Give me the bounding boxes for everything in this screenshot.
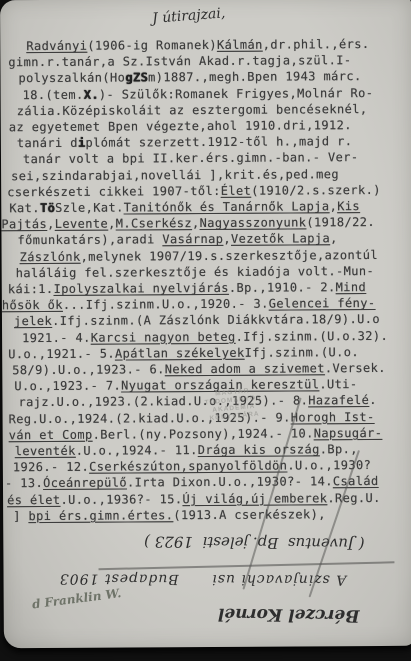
typed-text: az egyetemet Bpen végezte,ahol 1910.dri,…	[9, 118, 352, 134]
typed-text: Kat.	[9, 201, 40, 215]
typed-text: .Uti-	[319, 377, 357, 391]
photo-background: J útirajzai, Radványi(1906-ig Romanek)Ká…	[0, 0, 411, 661]
typed-text: i	[78, 136, 86, 150]
text-line: jelek.Ifj.szinm.(A Zászlónk Diákkvtára.1…	[2, 311, 411, 330]
typed-text: .Ifj.szinm.(U.o.32).	[236, 329, 389, 344]
archival-card: J útirajzai, Radványi(1906-ig Romanek)Ká…	[0, 0, 411, 648]
typed-text: (1910/2.s.szerk.)	[251, 183, 381, 198]
typed-text: .U.o.,1936?- 15.	[60, 492, 182, 507]
underlined-title: Vezetők Lapja	[231, 232, 330, 247]
underlined-title: Levente	[55, 217, 108, 231]
text-line: ] bpi érs.gimn.értes.(1913.A cserkészek)…	[3, 506, 411, 525]
underlined-title: Nagyasszonyunk	[200, 216, 307, 231]
underlined-title: Élet	[221, 184, 252, 198]
typed-text: .U.o.,1930?	[287, 458, 371, 473]
underlined-title: leventék	[15, 444, 76, 458]
underlined-title: Zászlónk	[20, 249, 81, 263]
underlined-title: Cserkészúton,spanyolföldön	[89, 459, 287, 474]
typed-text: U.o.,1923.- 7.	[14, 379, 121, 394]
typed-text: Ifj.szinm.(U.o.	[245, 345, 359, 360]
typed-text: (1918/22.	[306, 215, 375, 229]
typed-text: 18.(tem.	[23, 87, 84, 101]
underlined-title: Pajtás	[1, 217, 47, 231]
underlined-title: Radványi	[26, 39, 87, 53]
typed-text: .Bp.,	[320, 442, 358, 456]
typed-text: U.o.,1921.- 5.	[8, 346, 115, 361]
typed-text: .	[369, 393, 377, 407]
text-line: és élet.U.o.,1936?- 15.Új világ,új ember…	[3, 489, 411, 508]
underlined-title: Gelencei fény-	[269, 296, 376, 311]
underlined-title: Hazafelé	[308, 393, 369, 407]
underlined-title: M.Cserkész	[116, 216, 192, 230]
typed-text: ,dr.phil.,érs.	[263, 37, 370, 52]
underlined-title: Napsugár-	[314, 426, 383, 440]
typed-text: kái:1.	[8, 282, 54, 296]
typed-text: ...Ifj.szinm.U.o.,1920.- 3.	[63, 297, 269, 312]
typed-text: )- Szülők:Romanek Frigyes,Molnár Ro-	[99, 86, 374, 102]
typed-text: .Reg.U.	[327, 491, 380, 505]
handwritten-pencil-note: d Franklin W.	[31, 586, 122, 611]
underlined-title: Neked adom a szivemet	[165, 361, 325, 376]
typed-text: tanári d	[17, 136, 78, 150]
typed-text: .Berl.(ny.Pozsony),1924.- 10.	[93, 426, 314, 441]
handwritten-signature-inverted: Bérczel Kornél	[182, 603, 396, 625]
typed-text: zália.Középiskoláit az esztergomi bencés…	[17, 102, 368, 118]
typed-text: .Irta Dixon.U.o.,1930?- 14.	[127, 475, 333, 490]
typed-text: ,	[223, 232, 231, 246]
underlined-title: Horogh Ist-	[291, 410, 375, 425]
underlined-title: ván et Comp	[9, 428, 93, 443]
typed-text: 1921.- 4.	[22, 330, 91, 344]
underlined-title: Tanitónők és Tanárnők Lapja	[124, 199, 330, 214]
text-line: tanár volt a bpi II.ker.érs.gimn.-ban.- …	[1, 149, 411, 168]
underlined-title: hősök ők	[2, 298, 63, 312]
underlined-title: bpi érs.gimn.értes.	[28, 508, 173, 523]
top-annotation-text: J útirajzai,	[152, 5, 226, 27]
underlined-title: és élet	[7, 493, 60, 507]
underlined-title: Új világ,új emberek	[182, 491, 327, 506]
underlined-title: Karcsi nagyon beteg	[91, 329, 236, 344]
handwritten-underline-rule	[99, 561, 395, 570]
text-line: polyszalkán(HogZSm)1887.,megh.Bpen 1943 …	[0, 68, 411, 87]
typed-text: .Bp.,1910.- 2.	[229, 280, 336, 295]
typed-text: gZS	[125, 71, 148, 85]
underlined-title: Óceánrepülő	[43, 476, 127, 491]
handwritten-note-inverted-2: A szinjavachi usi Budapest 1903	[12, 570, 394, 588]
underlined-title: Kálmán	[217, 38, 263, 52]
typed-text: polyszalkán(Ho	[18, 71, 125, 86]
typed-text: plómát szerzett.1912-től h.,majd r.	[85, 134, 352, 150]
underlined-title: jelek	[14, 314, 52, 328]
typed-text: (1913.A cserkészek),	[173, 507, 326, 522]
typed-text: cserkészeti cikkei 1907-től:	[7, 184, 221, 199]
typed-text: .U.o.,1924.- 11.	[76, 443, 198, 458]
underlined-title: Kis	[337, 199, 360, 213]
typed-text: haláláig fel.szerkesztője és kiadója vol…	[16, 264, 374, 280]
typed-text: 1926.- 12.	[13, 460, 89, 474]
typed-text: m)1887.,megh.Bpen 1943 márc.	[148, 69, 362, 84]
underlined-title: Apátlan székelyek	[115, 346, 245, 361]
typed-text: X.	[84, 87, 99, 101]
typed-text: (1906-ig Romanek)	[87, 38, 217, 53]
typed-text: .Ifj.szinm.(A Zászlónk Diákkvtára.18/9).…	[52, 312, 380, 328]
underlined-title: Vasárnap	[162, 232, 223, 246]
typewritten-text-block: Radványi(1906-ig Romanek)Kálmán,dr.phil.…	[0, 36, 411, 525]
typed-text: ,melynek 1907/19.s.szerkesztője,azontúl	[81, 248, 378, 264]
underlined-title: Drága kis ország	[198, 442, 320, 457]
underlined-title: Mind	[336, 280, 367, 294]
typed-text: .Versek.	[325, 361, 386, 375]
underlined-title: Ipolyszalkai nyelvjárás	[53, 281, 228, 296]
typed-text: ,	[329, 199, 337, 213]
typed-text: gimn.r.tanár,a Sz.István Akad.r.tagja,sz…	[8, 53, 351, 69]
typed-text: ,	[330, 232, 338, 246]
typed-text: Tö	[40, 201, 55, 215]
text-line: Pajtás,Levente,M.Cserkész,Nagyasszonyunk…	[1, 214, 411, 233]
typed-text: ]	[13, 509, 28, 523]
typed-text: 58/9).U.o.,1923.- 6.	[12, 362, 165, 377]
typed-text: - 13.	[5, 476, 43, 490]
typed-text: Szle,Kat.	[55, 201, 124, 215]
typed-text: főmunkatárs),aradi	[17, 233, 162, 248]
typed-text: tanár volt a bpi II.ker.érs.gimn.-ban.- …	[23, 150, 359, 166]
typed-text: sei,szindarabjai,novellái ],krit.és,ped.…	[11, 167, 339, 183]
handwritten-top-annotation: J útirajzai,	[152, 5, 226, 27]
underlined-title: Család	[333, 474, 379, 488]
